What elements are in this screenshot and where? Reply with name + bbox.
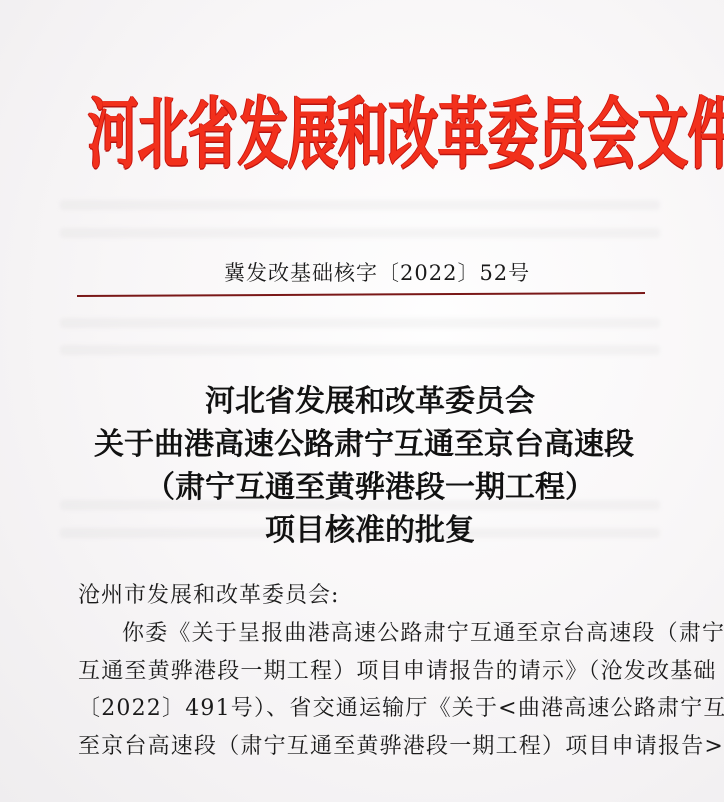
body-line: 互通至黄骅港段一期工程）项目申请报告的请示》（沧发改基础	[78, 653, 718, 691]
title-line: 关于曲港高速公路肃宁互通至京台高速段	[48, 423, 680, 466]
bleed-through-texture	[60, 228, 660, 238]
document-title: 河北省发展和改革委员会 关于曲港高速公路肃宁互通至京台高速段 （肃宁互通至黄骅港…	[60, 380, 680, 552]
body-line: 至京台高速段（肃宁互通至黄骅港段一期工程）项目申请报告>	[78, 728, 718, 766]
title-line: 项目核准的批复	[60, 509, 680, 552]
title-line: 河北省发展和改革委员会	[60, 380, 680, 423]
addressee: 沧州市发展和改革委员会:	[78, 578, 339, 609]
body-line: 你委《关于呈报曲港高速公路肃宁互通至京台高速段（肃宁	[78, 615, 718, 653]
body-line: 〔2022〕491号）、省交通运输厅《关于<曲港高速公路肃宁互通	[78, 690, 718, 728]
body-paragraph: 你委《关于呈报曲港高速公路肃宁互通至京台高速段（肃宁 互通至黄骅港段一期工程）项…	[78, 615, 718, 765]
issuer-banner: 河北省发展和改革委员会文件	[88, 57, 648, 212]
bleed-through-texture	[60, 318, 660, 328]
document-number: 冀发改基础核字〔2022〕52号	[224, 257, 530, 287]
title-line: （肃宁互通至黄骅港段一期工程）	[60, 466, 680, 509]
bleed-through-texture	[60, 345, 660, 355]
